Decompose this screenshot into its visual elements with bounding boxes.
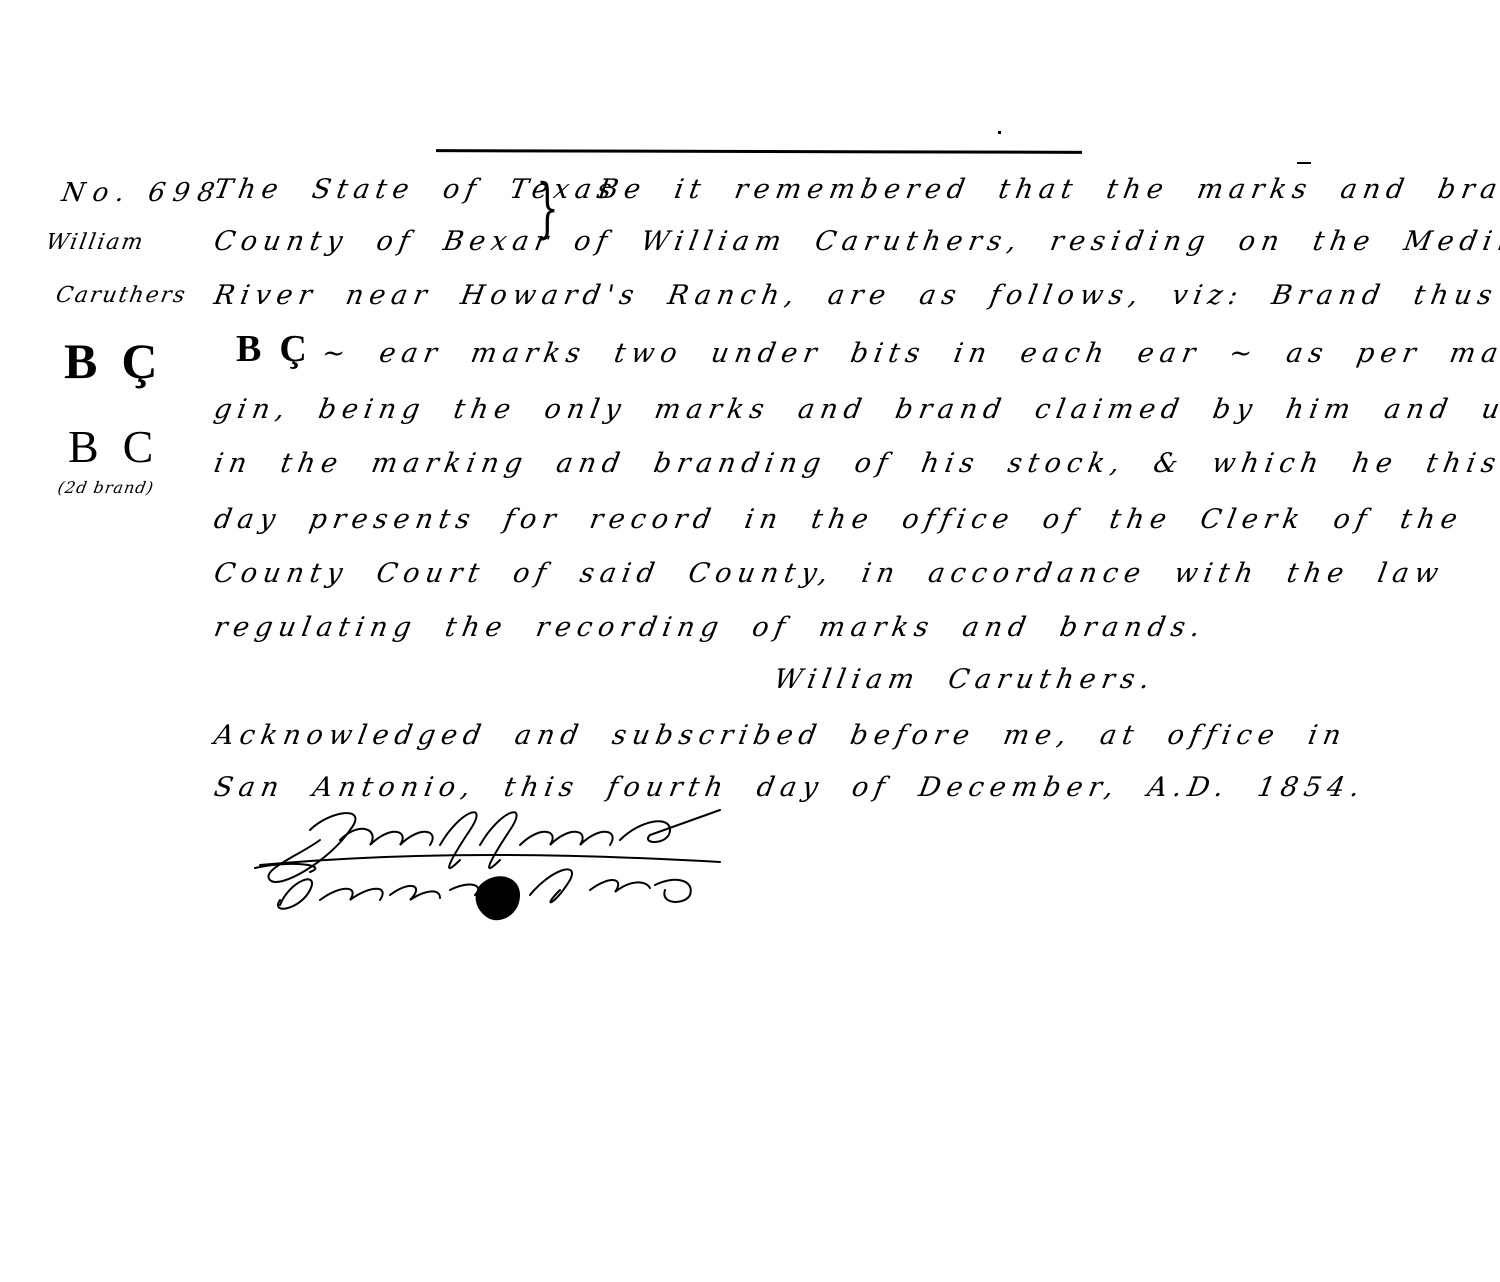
header-county: County of Bexar (212, 228, 556, 255)
margin-brand-secondary: BC (68, 424, 177, 470)
document-page: No. 698 William Caruthers BÇ BC (2d bran… (0, 0, 1500, 1282)
top-rule-line (436, 149, 1082, 154)
body-line-8: County Court of said County, in accordan… (212, 560, 1446, 587)
body-line-7: day presents for record in the office of… (212, 506, 1465, 533)
margin-owner-last-name: Caruthers (54, 285, 188, 307)
body-line-4: ~ ear marks two under bits in each ear ~… (320, 340, 1500, 367)
margin-brand-primary: BÇ (64, 336, 181, 386)
body-line-2: of William Caruthers, residing on the Me… (572, 228, 1500, 255)
acknowledgement-line-2: San Antonio, this fourth day of December… (212, 774, 1367, 801)
header-brace: } (536, 178, 559, 243)
body-line-9: regulating the recording of marks and br… (212, 614, 1208, 641)
ink-dash (1297, 162, 1311, 164)
body-line-1: Be it remembered that the marks and bran… (596, 176, 1500, 203)
ink-speck (998, 131, 1001, 134)
acknowledgement-line-1: Acknowledged and subscribed before me, a… (212, 722, 1349, 749)
body-line-5: gin, being the only marks and brand clai… (212, 396, 1500, 423)
clerk-signature: J. A. Menefee Clk C C B Co (250, 800, 730, 940)
margin-owner-first-name: William (44, 232, 146, 254)
clerk-title: Clk C C B Co (290, 870, 628, 921)
body-line-3: River near Howard's Ranch, are as follow… (212, 282, 1500, 309)
clerk-name: J. A. Menefee (270, 810, 618, 861)
record-number: No. 698 (60, 180, 225, 206)
inline-brand: BÇ (236, 330, 325, 368)
body-line-6: in the marking and branding of his stock… (212, 450, 1500, 477)
margin-second-brand-note: (2d brand) (56, 478, 155, 497)
owner-signature: William Caruthers. (772, 666, 1157, 693)
